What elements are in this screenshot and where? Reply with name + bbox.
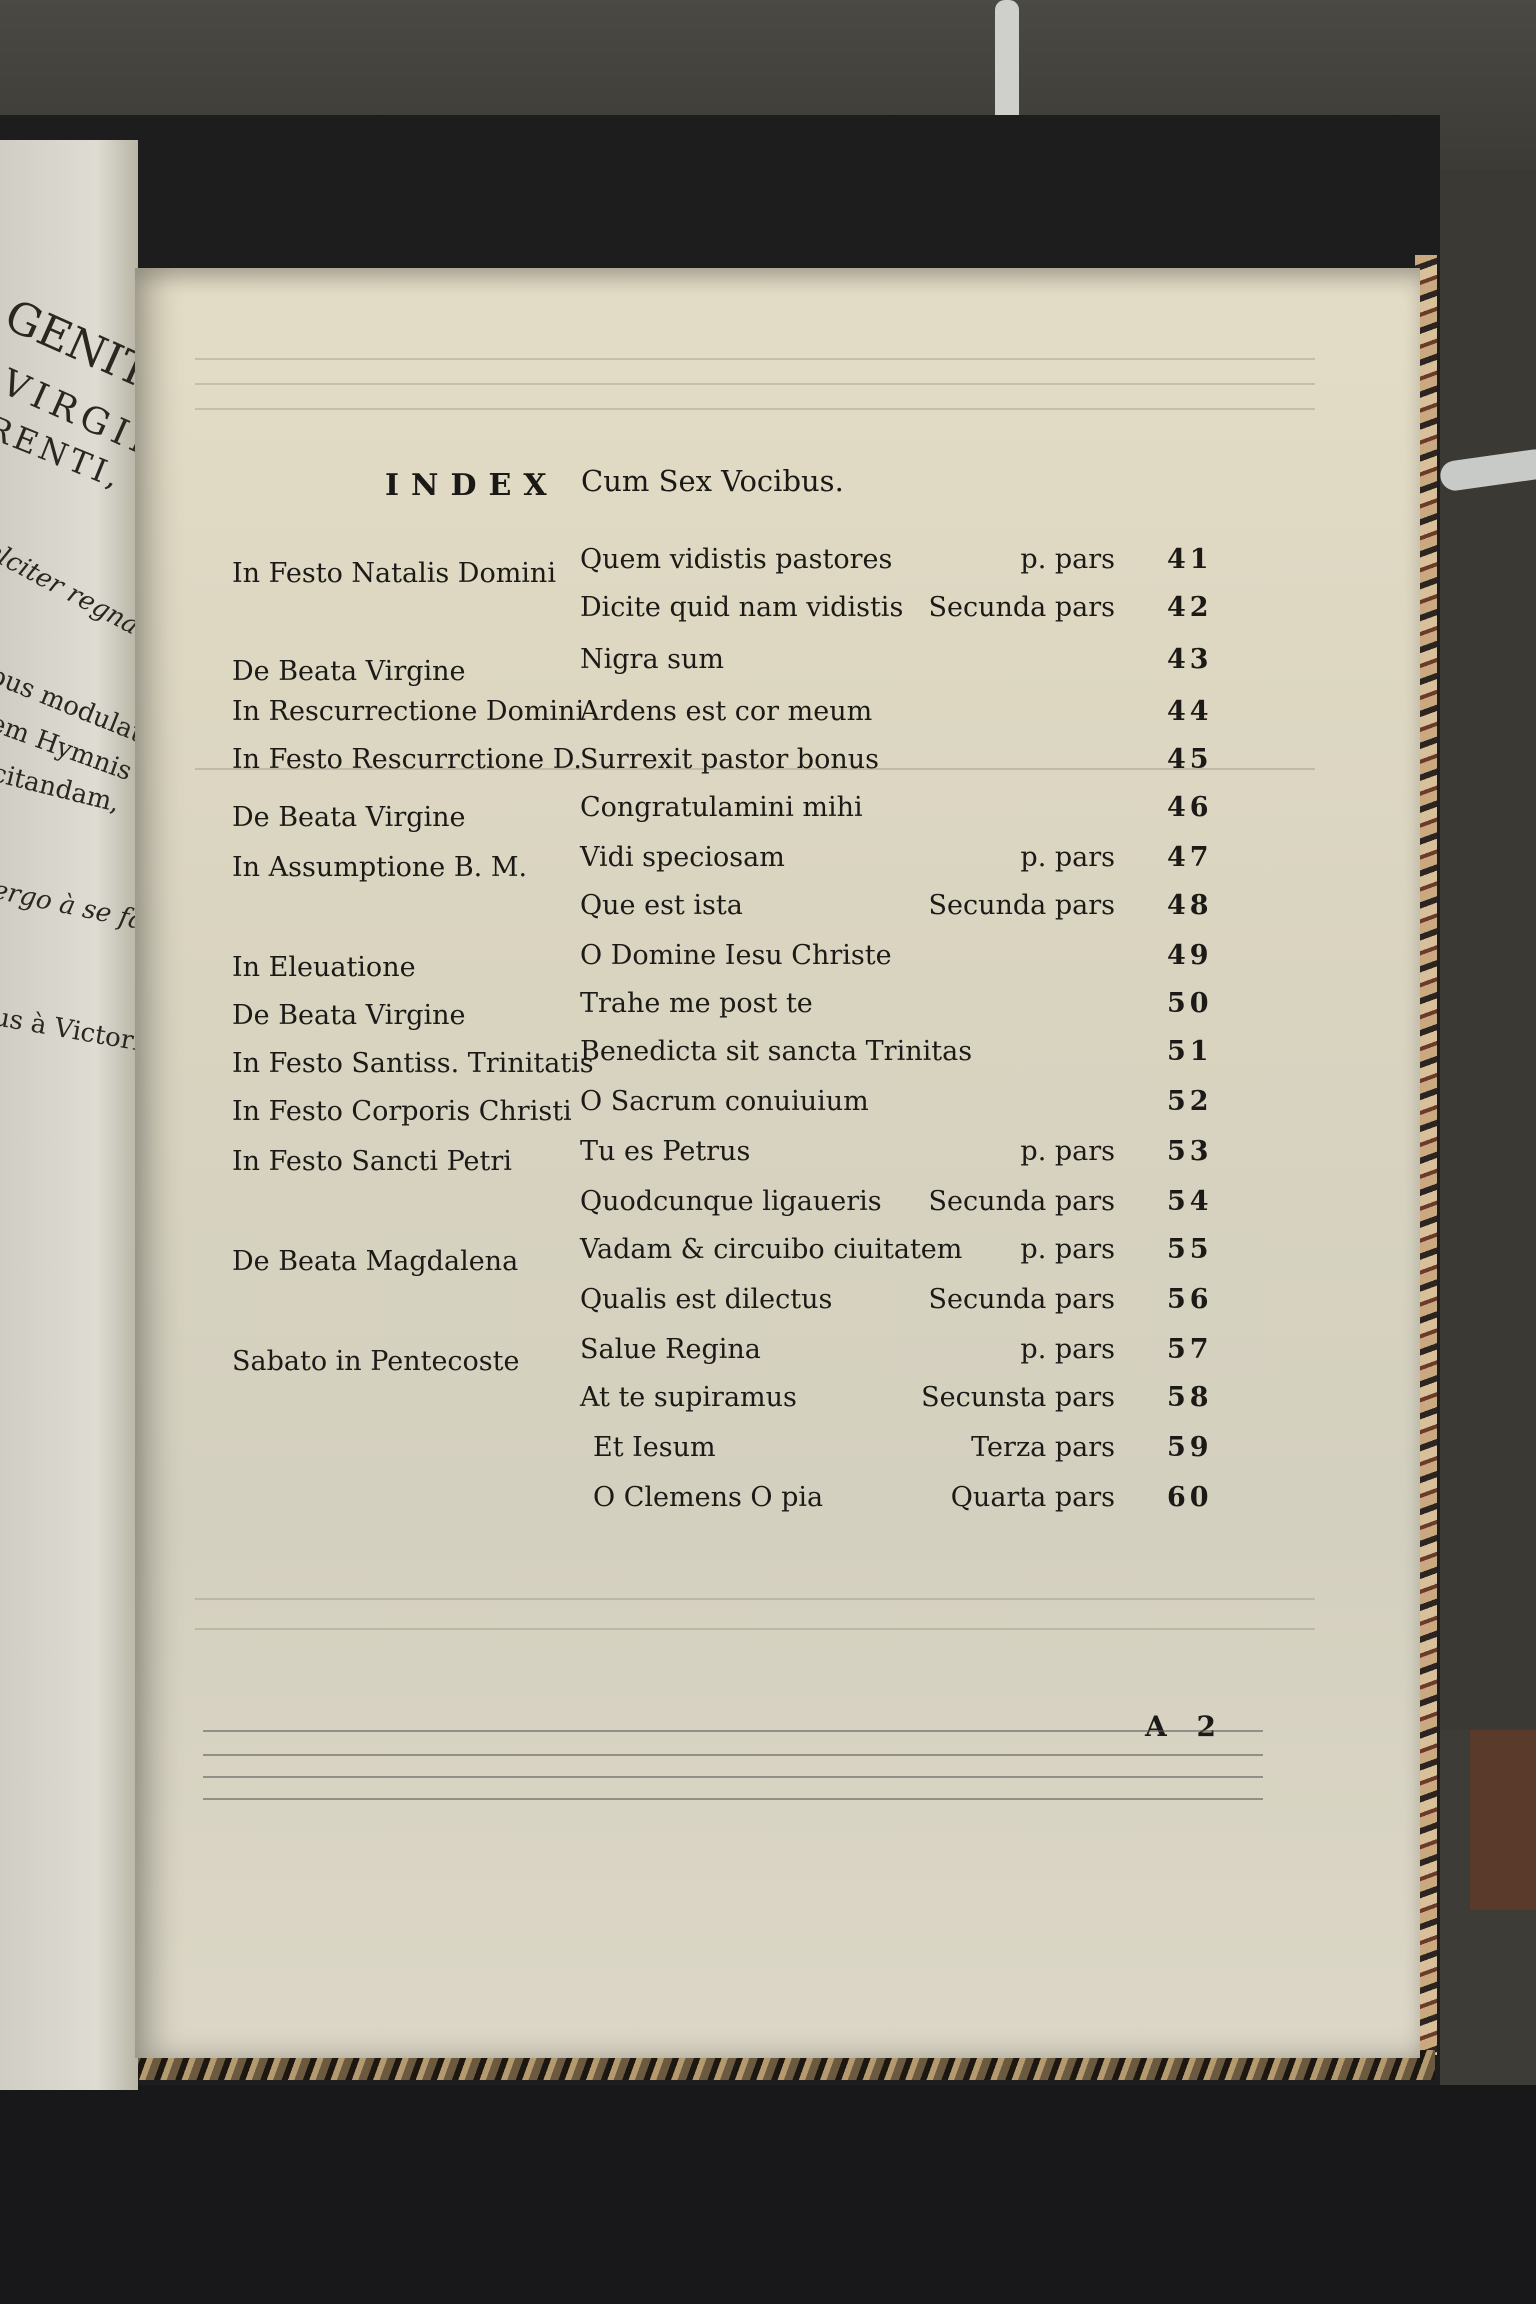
feast: In Rescurrectione Domini [232, 696, 584, 727]
index-row: In Festo Santiss. TrinitatisBenedicta si… [135, 1036, 1420, 1080]
feast: De Beata Virgine [232, 656, 466, 687]
feast: Sabato in Pentecoste [232, 1346, 519, 1377]
part: p. pars [1020, 1334, 1115, 1365]
signature-mark: A 2 [1145, 1710, 1226, 1743]
page-number: 56 [1167, 1284, 1213, 1315]
black-cloth-bottom [0, 2085, 1536, 2304]
page-number: 43 [1167, 644, 1213, 675]
index-title: INDEX [385, 468, 559, 503]
index-row: In Festo Corporis ChristiO Sacrum conuiu… [135, 1086, 1420, 1130]
page-number: 60 [1167, 1482, 1213, 1513]
index-row: Quodcunque ligauerisSecunda pars54 [135, 1186, 1420, 1230]
part: p. pars [1020, 544, 1115, 575]
feast: In Festo Natalis Domini [232, 558, 556, 589]
left-line: ergo à se factos, [0, 875, 138, 949]
piece-title: Surrexit pastor bonus [580, 744, 879, 775]
piece-title: O Sacrum conuiuium [580, 1086, 869, 1117]
page-number: 59 [1167, 1432, 1213, 1463]
page-number: 52 [1167, 1086, 1213, 1117]
page-number: 44 [1167, 696, 1213, 727]
piece-title: Dicite quid nam vidistis [580, 592, 903, 623]
part: Secunda pars [929, 890, 1115, 921]
footer-staff-line [203, 1730, 1263, 1732]
part: p. pars [1020, 1136, 1115, 1167]
piece-title: Vidi speciosam [580, 842, 785, 873]
page-number: 45 [1167, 744, 1213, 775]
part: Secunsta pars [921, 1382, 1115, 1413]
page-number: 47 [1167, 842, 1213, 873]
index-row: Qualis est dilectusSecunda pars56 [135, 1284, 1420, 1328]
show-through-staff [195, 383, 1315, 385]
index-row: At te supiramusSecunsta pars58 [135, 1382, 1420, 1426]
feast: In Assumptione B. M. [232, 852, 527, 883]
page-number: 54 [1167, 1186, 1213, 1217]
piece-title: Trahe me post te [580, 988, 813, 1019]
wooden-support [1470, 1730, 1536, 1910]
piece-title: Congratulamini mihi [580, 792, 863, 823]
piece-title: Quem vidistis pastores [580, 544, 892, 575]
footer-staff-line [203, 1754, 1263, 1756]
piece-title: Ardens est cor meum [580, 696, 872, 727]
index-row: In Festo Sancti PetriTu es Petrusp. pars… [135, 1136, 1420, 1180]
piece-title: Tu es Petrus [580, 1136, 750, 1167]
index-row: In Festo Natalis DominiQuem vidistis pas… [135, 544, 1420, 588]
show-through-staff [195, 1598, 1315, 1600]
left-line: us à Victoria, [0, 1002, 138, 1062]
part: p. pars [1020, 842, 1115, 873]
index-row: In Assumptione B. M.Vidi speciosamp. par… [135, 842, 1420, 886]
show-through-staff [195, 1628, 1315, 1630]
page-number: 46 [1167, 792, 1213, 823]
piece-title: Que est ista [580, 890, 743, 921]
page-number: 48 [1167, 890, 1213, 921]
piece-title: At te supiramus [580, 1382, 797, 1413]
show-through-staff [195, 358, 1315, 360]
piece-title: Quodcunque ligaueris [580, 1186, 882, 1217]
show-through-staff [195, 408, 1315, 410]
index-row: De Beata VirgineNigra sum43 [135, 644, 1420, 688]
feast: De Beata Virgine [232, 802, 466, 833]
page-number: 53 [1167, 1136, 1213, 1167]
part: Quarta pars [951, 1482, 1115, 1513]
piece-title: O Clemens O pia [593, 1482, 823, 1513]
feast: De Beata Virgine [232, 1000, 466, 1031]
page-number: 55 [1167, 1234, 1213, 1265]
page-number: 58 [1167, 1382, 1213, 1413]
footer-staff-line [203, 1776, 1263, 1778]
feast: In Festo Sancti Petri [232, 1146, 512, 1177]
piece-title: Benedicta sit sancta Trinitas [580, 1036, 972, 1067]
index-row: In Rescurrectione DominiArdens est cor m… [135, 696, 1420, 740]
index-row: Que est istaSecunda pars48 [135, 890, 1420, 934]
page-number: 57 [1167, 1334, 1213, 1365]
page-number: 41 [1167, 544, 1213, 575]
index-subtitle: Cum Sex Vocibus. [581, 464, 844, 498]
piece-title: Qualis est dilectus [580, 1284, 832, 1315]
page-number: 51 [1167, 1036, 1213, 1067]
index-row: Sabato in PentecosteSalue Reginap. pars5… [135, 1334, 1420, 1378]
index-row: Et IesumTerza pars59 [135, 1432, 1420, 1476]
page-number: 49 [1167, 940, 1213, 971]
footer-staff-line [203, 1798, 1263, 1800]
piece-title: O Domine Iesu Christe [580, 940, 892, 971]
left-facing-page: GENITRI VIRGINI RENTI, elciter regnantib… [0, 140, 138, 2090]
part: Secunda pars [929, 1284, 1115, 1315]
feast: De Beata Magdalena [232, 1246, 518, 1277]
index-row: Dicite quid nam vidistisSecunda pars42 [135, 592, 1420, 636]
part: Terza pars [971, 1432, 1115, 1463]
index-row: In Festo Rescurrctione D.Surrexit pastor… [135, 744, 1420, 788]
feast: In Eleuatione [232, 952, 416, 983]
piece-title: Salue Regina [580, 1334, 761, 1365]
index-page: INDEX Cum Sex Vocibus. In Festo Natalis … [135, 268, 1420, 2058]
part: p. pars [1020, 1234, 1115, 1265]
feast: In Festo Santiss. Trinitatis [232, 1048, 594, 1079]
left-line: elciter regnantibus, [0, 535, 138, 684]
page-number: 50 [1167, 988, 1213, 1019]
index-row: De Beata MagdalenaVadam & circuibo ciuit… [135, 1234, 1420, 1278]
piece-title: Vadam & circuibo ciuitatem [580, 1234, 962, 1265]
index-row: In EleuationeO Domine Iesu Christe49 [135, 940, 1420, 984]
page-number: 42 [1167, 592, 1213, 623]
index-row: De Beata VirgineCongratulamini mihi46 [135, 792, 1420, 836]
feast: In Festo Corporis Christi [232, 1096, 572, 1127]
index-row: O Clemens O piaQuarta pars60 [135, 1482, 1420, 1526]
background-right [1440, 170, 1536, 1730]
part: Secunda pars [929, 1186, 1115, 1217]
piece-title: Et Iesum [593, 1432, 716, 1463]
part: Secunda pars [929, 592, 1115, 623]
feast: In Festo Rescurrctione D. [232, 744, 582, 775]
piece-title: Nigra sum [580, 644, 724, 675]
index-row: De Beata VirgineTrahe me post te50 [135, 988, 1420, 1032]
